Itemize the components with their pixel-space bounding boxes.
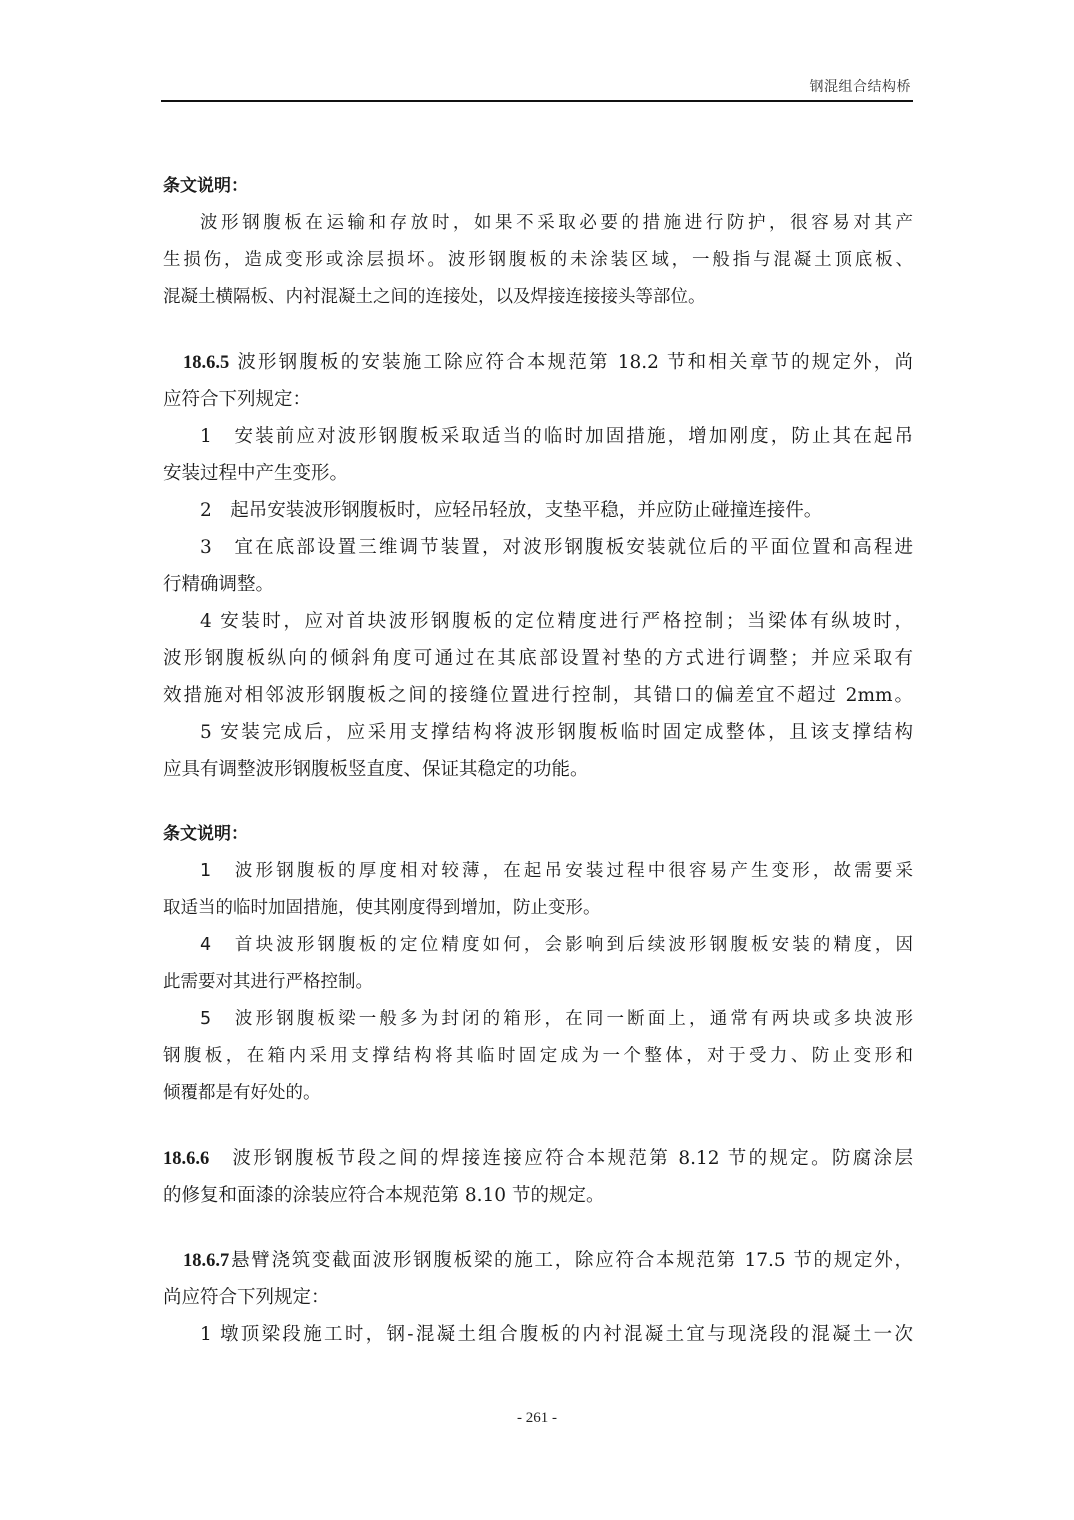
paragraph-line: 混凝土横隔板、内衬混凝土之间的连接处，以及焊接连接接头等部位。 <box>163 279 913 316</box>
clause-number: 18.6.5 <box>183 353 229 373</box>
list-item-5-line: 5 安装完成后，应采用支撑结构将波形钢腹板临时固定成整体，且该支撑结构 <box>163 714 913 751</box>
paragraph-line: 生损伤，造成变形或涂层损坏。波形钢腹板的未涂装区域，一般指与混凝土顶底板、 <box>163 242 913 279</box>
list-item-3-line: 行精确调整。 <box>163 566 913 603</box>
explanation-heading: 条文说明： <box>163 168 913 205</box>
paragraph-line: 的修复和面漆的涂装应符合本规范第 8.10 节的规定。 <box>163 1177 913 1214</box>
clause-18-6-6: 18.6.6 波形钢腹板节段之间的焊接连接应符合本规范第 8.12 节的规定。防… <box>163 1140 913 1214</box>
list-item-1-line: 1 安装前应对波形钢腹板采取适当的临时加固措施，增加刚度，防止其在起吊 <box>163 418 913 455</box>
explanation-item-4-line: 此需要对其进行严格控制。 <box>163 964 913 1001</box>
explanation-item-4-line: 4 首块波形钢腹板的定位精度如何，会影响到后续波形钢腹板安装的精度，因 <box>163 927 913 964</box>
page-number: - 261 - <box>0 1410 1074 1427</box>
paragraph-line: 应符合下列规定： <box>163 381 913 418</box>
explanation-item-1-line: 1 波形钢腹板的厚度相对较薄，在起吊安装过程中很容易产生变形，故需要采 <box>163 853 913 890</box>
running-header-title: 钢混组合结构桥 <box>810 76 912 96</box>
list-item-4-line: 波形钢腹板纵向的倾斜角度可通过在其底部设置衬垫的方式进行调整；并应采取有 <box>163 640 913 677</box>
list-item-4-line: 效措施对相邻波形钢腹板之间的接缝位置进行控制，其错口的偏差宜不超过 2mm。 <box>163 677 913 714</box>
clause-number: 18.6.7 <box>183 1251 229 1271</box>
list-item-4-line: 4 安装时，应对首块波形钢腹板的定位精度进行严格控制；当梁体有纵坡时， <box>163 603 913 640</box>
clause-18-6-5: 18.6.5 波形钢腹板的安装施工除应符合本规范第 18.2 节和相关章节的规定… <box>163 344 913 788</box>
list-item-2-line: 2 起吊安装波形钢腹板时，应轻吊轻放，支垫平稳，并应防止碰撞连接件。 <box>163 492 913 529</box>
clause-text: 悬臂浇筑变截面波形钢腹板梁的施工，除应符合本规范第 17.5 节的规定外， <box>229 1250 913 1271</box>
list-item-3-line: 3 宜在底部设置三维调节装置，对波形钢腹板安装就位后的平面位置和高程进 <box>163 529 913 566</box>
explanation-item-1-line: 取适当的临时加固措施，使其刚度得到增加，防止变形。 <box>163 890 913 927</box>
paragraph-line: 波形钢腹板在运输和存放时，如果不采取必要的措施进行防护，很容易对其产 <box>163 205 913 242</box>
clause-lead-line: 18.6.6 波形钢腹板节段之间的焊接连接应符合本规范第 8.12 节的规定。防… <box>163 1140 913 1177</box>
explanation-heading: 条文说明： <box>163 816 913 853</box>
clause-explanation-2: 条文说明： 1 波形钢腹板的厚度相对较薄，在起吊安装过程中很容易产生变形，故需要… <box>163 816 913 1112</box>
explanation-item-5-line: 5 波形钢腹板梁一般多为封闭的箱形，在同一断面上，通常有两块或多块波形 <box>163 1001 913 1038</box>
explanation-item-5-line: 钢腹板，在箱内采用支撑结构将其临时固定成为一个整体，对于受力、防止变形和 <box>163 1038 913 1075</box>
list-item-1-line: 1 墩顶梁段施工时，钢-混凝土组合腹板的内衬混凝土宜与现浇段的混凝土一次 <box>163 1316 913 1353</box>
clause-lead-line: 18.6.5 波形钢腹板的安装施工除应符合本规范第 18.2 节和相关章节的规定… <box>163 344 913 381</box>
clause-explanation-1: 条文说明： 波形钢腹板在运输和存放时，如果不采取必要的措施进行防护，很容易对其产… <box>163 168 913 316</box>
explanation-item-5-line: 倾覆都是有好处的。 <box>163 1075 913 1112</box>
clause-text: 波形钢腹板的安装施工除应符合本规范第 18.2 节和相关章节的规定外，尚 <box>229 352 913 373</box>
clause-18-6-7: 18.6.7悬臂浇筑变截面波形钢腹板梁的施工，除应符合本规范第 17.5 节的规… <box>163 1242 913 1353</box>
clause-text: 波形钢腹板节段之间的焊接连接应符合本规范第 8.12 节的规定。防腐涂层 <box>209 1148 913 1169</box>
clause-lead-line: 18.6.7悬臂浇筑变截面波形钢腹板梁的施工，除应符合本规范第 17.5 节的规… <box>163 1242 913 1279</box>
page-body: 条文说明： 波形钢腹板在运输和存放时，如果不采取必要的措施进行防护，很容易对其产… <box>163 168 913 1353</box>
clause-number: 18.6.6 <box>163 1149 209 1169</box>
list-item-5-line: 应具有调整波形钢腹板竖直度、保证其稳定的功能。 <box>163 751 913 788</box>
list-item-1-line: 安装过程中产生变形。 <box>163 455 913 492</box>
paragraph-line: 尚应符合下列规定： <box>163 1279 913 1316</box>
page-header: 钢混组合结构桥 <box>161 76 913 102</box>
